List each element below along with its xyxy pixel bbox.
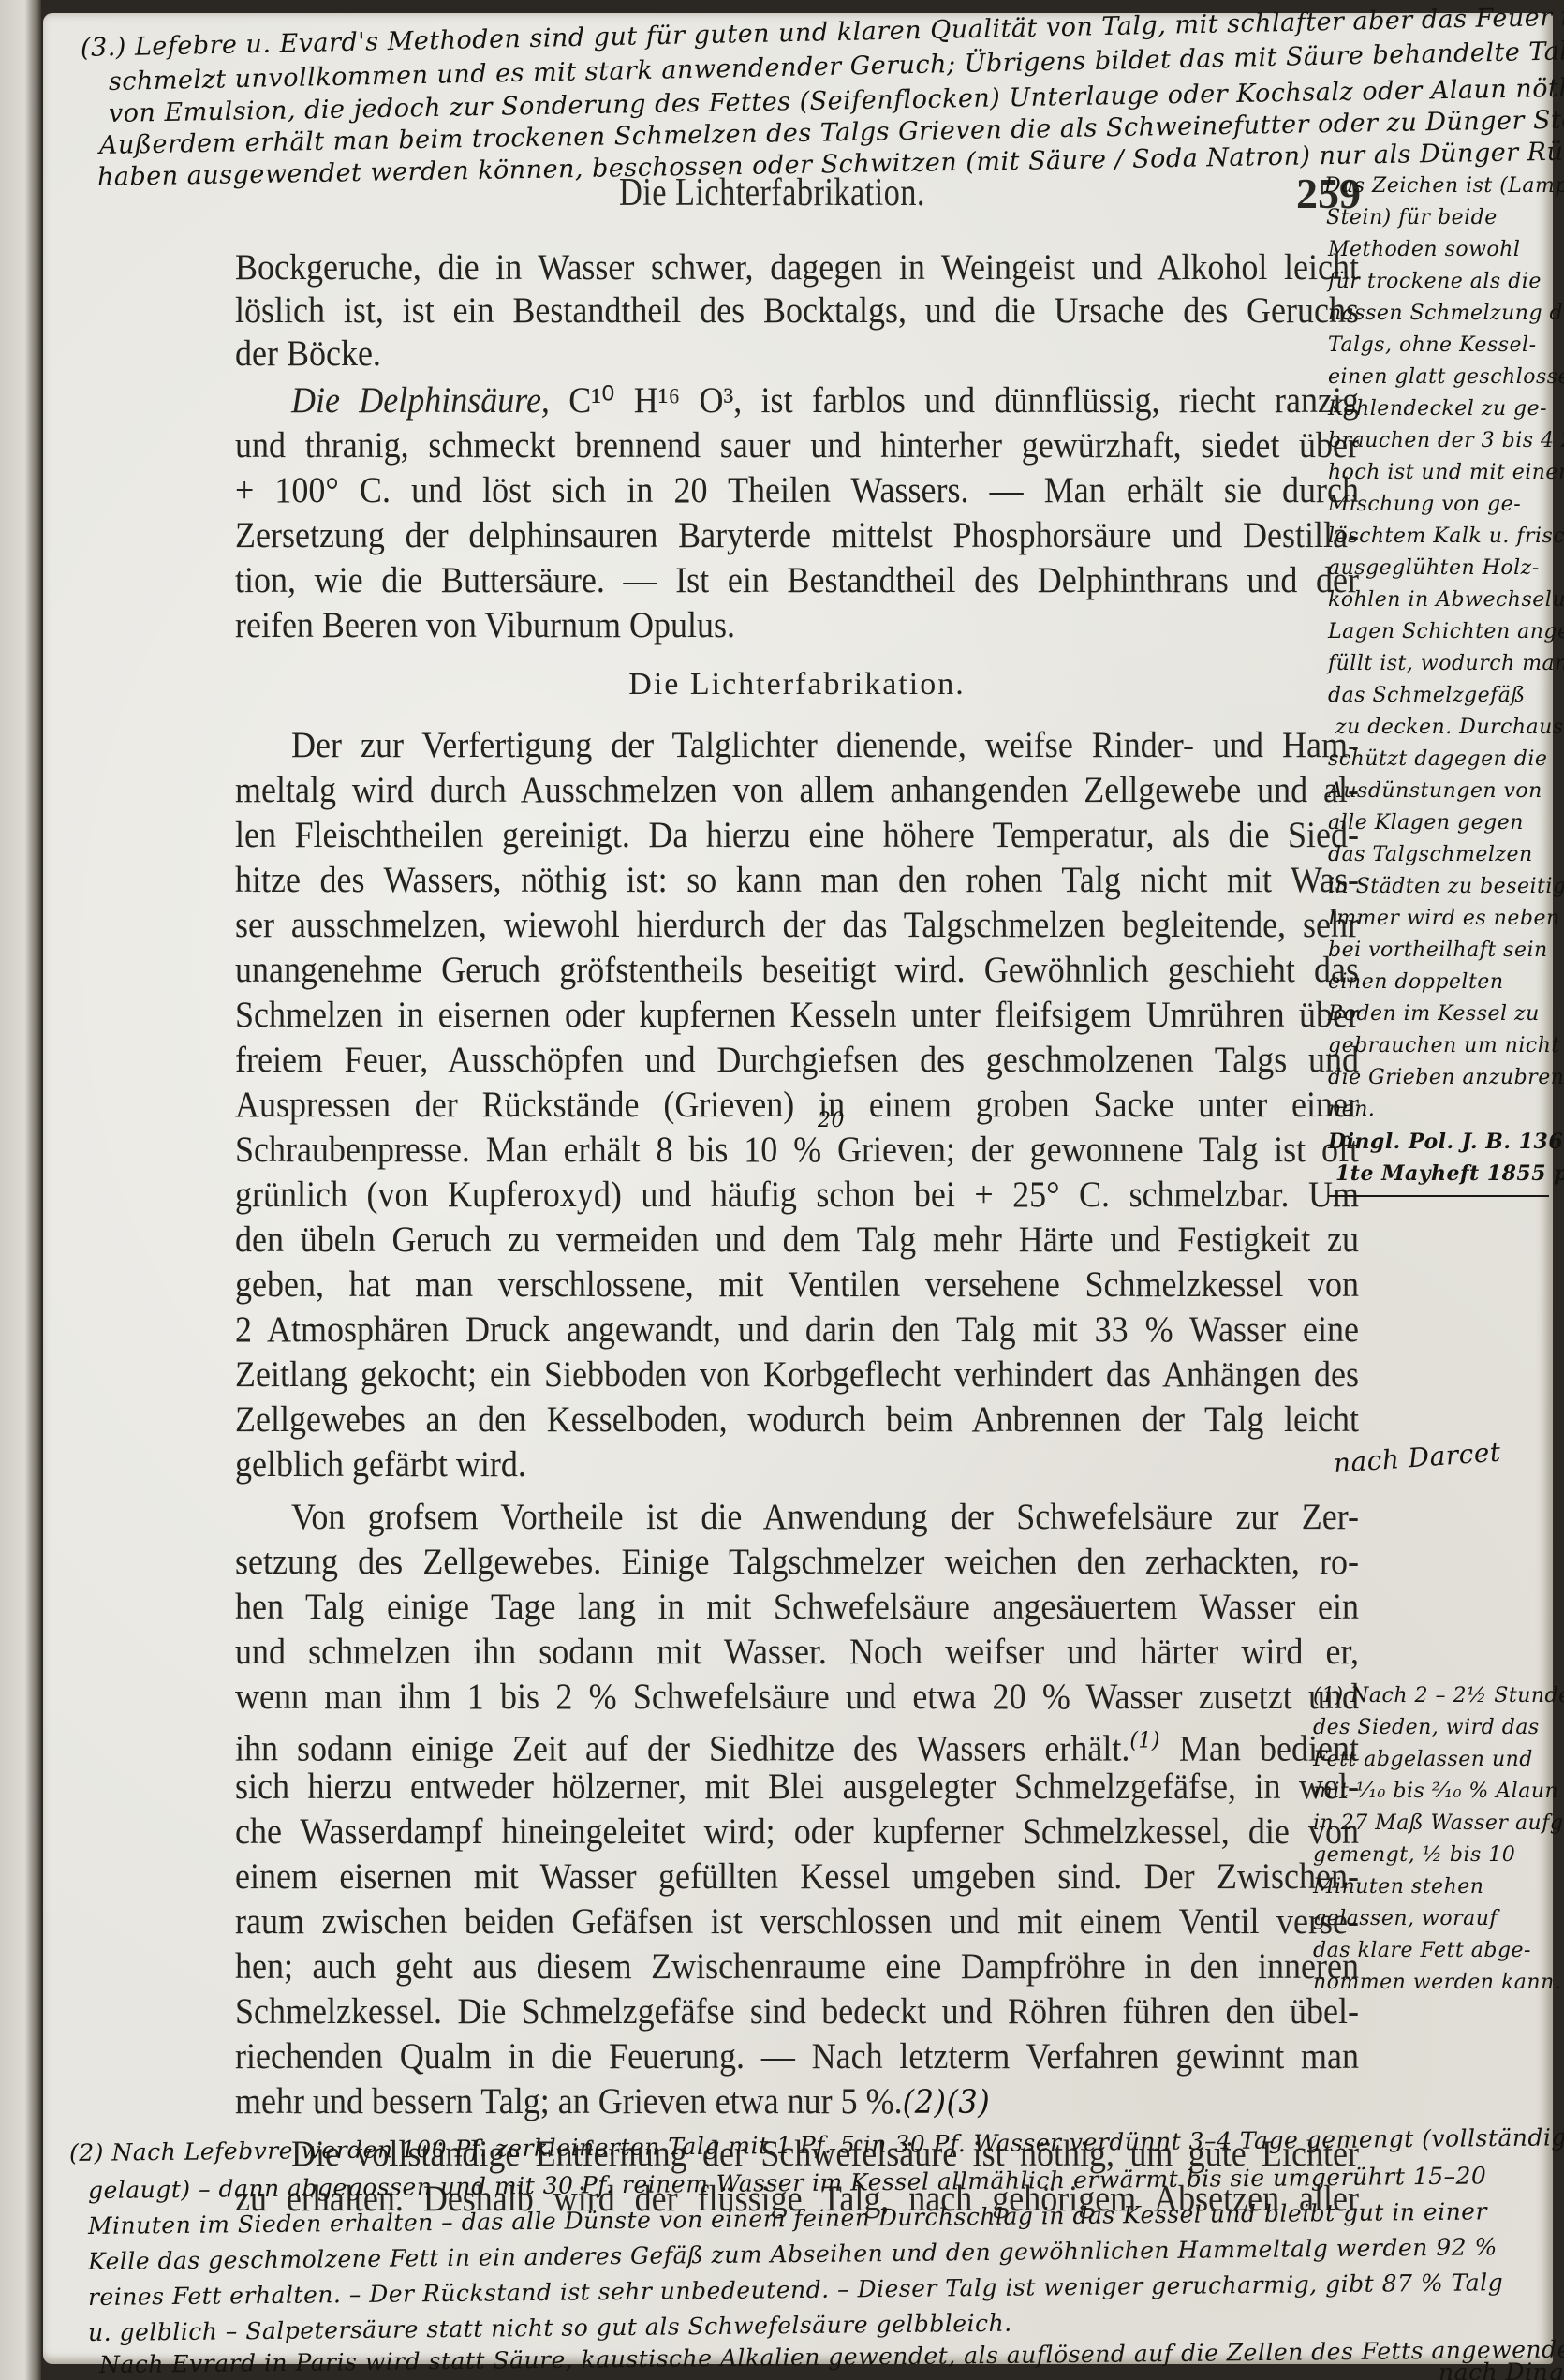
margin-line: nassen Schmelzung des: [1328, 302, 1564, 325]
text-line: Schraubenpresse. Man erhält 8 bis 10 % G…: [235, 1126, 1359, 1173]
margin-rule: [1328, 1195, 1549, 1197]
margin-line: Stein) für beide: [1326, 206, 1498, 229]
text-line: sich hierzu entweder hölzerner, mit Blei…: [235, 1763, 1359, 1810]
margin-line: in 27 Maß Wasser aufgelöst: [1313, 1811, 1564, 1835]
text-line: hen Talg einige Tage lang in mit Schwefe…: [235, 1583, 1359, 1630]
margin-line: Kohlendeckel zu ge-: [1328, 397, 1547, 421]
margin-citation: Dingl. Pol. J. B. 136.: [1328, 1130, 1564, 1154]
margin-line: die Grieben anzubren-: [1328, 1066, 1564, 1089]
margin-line: bei vortheilhaft sein: [1328, 939, 1548, 962]
margin-line: brauchen der 3 bis 4 Zoll: [1328, 429, 1564, 452]
text-line: meltalg wird durch Ausschmelzen von alle…: [235, 766, 1359, 813]
text-line: den übeln Geruch zu vermeiden und dem Ta…: [235, 1216, 1359, 1263]
text-line: und thranig, schmeckt brennend sauer und…: [235, 421, 1359, 468]
margin-line: das klare Fett abge-: [1313, 1939, 1531, 1962]
margin-line: Ausdünstungen von: [1328, 779, 1542, 803]
text-line: Zersetzung der delphinsauren Baryterde m…: [235, 511, 1359, 558]
margin-line: nommen werden kann.: [1313, 1971, 1561, 1994]
margin-line: in Städten zu beseitigen.: [1328, 875, 1564, 898]
text-line: Von grofsem Vortheile ist die Anwendung …: [235, 1493, 1359, 1540]
margin-line: Methoden sowohl: [1328, 238, 1520, 261]
running-head: Die Lichterfabrikation.: [619, 170, 925, 215]
text-line: löslich ist, ist ein Bestandtheil des Bo…: [235, 287, 1359, 333]
text-line: hitze des Wassers, nöthig ist: so kann m…: [235, 856, 1359, 903]
margin-line: füllt ist, wodurch man: [1328, 652, 1564, 675]
text-line: Bockgeruche, die in Wasser schwer, dageg…: [235, 244, 1359, 290]
text-line: che Wasserdampf hineingeleitet wird; ode…: [235, 1808, 1359, 1855]
margin-line: Immer wird es neben: [1328, 907, 1560, 930]
margin-line: Das Zeichen ist (Lampen-: [1324, 174, 1564, 198]
margin-line: Lagen Schichten ange-: [1328, 620, 1564, 643]
text-line: + 100° C. und löst sich in 20 Theilen Wa…: [235, 466, 1359, 513]
formula-text: C¹⁰ H¹⁶ O³, ist farblos und dünnflüssig,…: [568, 379, 1359, 420]
text-line: wenn man ihm 1 bis 2 % Schwefelsäure und…: [235, 1673, 1359, 1720]
text-line: gelblich gefärbt wird.: [235, 1441, 1359, 1487]
text-segment: mehr und bessern Talg; an Grieven etwa n…: [235, 2080, 903, 2121]
margin-line: einen glatt geschlossen: [1328, 365, 1564, 389]
text-line: geben, hat man verschlossene, mit Ventil…: [235, 1261, 1359, 1308]
margin-line: Talgs, ohne Kessel-: [1328, 333, 1537, 357]
margin-citation: 1te Mayheft 1855 p. 225: [1335, 1161, 1564, 1186]
margin-line: (1) Nach 2 – 2½ Stunden: [1313, 1684, 1564, 1707]
footnote-signature: nach Dingler: [1439, 2358, 1564, 2380]
footnote-refs-2-3: (2)(3): [903, 2083, 991, 2121]
footnote-line: u. gelblich – Salpetersäure statt nicht …: [88, 2310, 1012, 2346]
text-line: Zellgewebes an den Kesselboden, wodurch …: [235, 1396, 1359, 1442]
margin-line: kohlen in Abwechselungs-: [1328, 588, 1564, 612]
section-heading: Die Lichterfabrikation.: [235, 667, 1359, 702]
margin-line: das Schmelzgefäß: [1328, 684, 1526, 707]
text-line: reifen Beeren von Viburnum Opulus.: [235, 601, 1359, 648]
footnote-line: reines Fett erhalten. – Der Rückstand is…: [88, 2269, 1504, 2311]
text-line: unangenehme Geruch gröfstentheils beseit…: [235, 946, 1359, 993]
margin-line: des Sieden, wird das: [1313, 1716, 1540, 1739]
term-delphinsaeure: Die Delphinsäure,: [291, 379, 550, 420]
margin-line: einen doppelten: [1328, 970, 1504, 994]
margin-line: löschtem Kalk u. frisch: [1328, 525, 1564, 548]
text-line-with-footnote-ref: ihn sodann einige Zeit auf der Siedhitze…: [235, 1718, 1359, 1765]
text-line: len Fleischtheilen gereinigt. Da hierzu …: [235, 811, 1359, 858]
text-line: Schmelzkessel. Die Schmelzgefäfse sind b…: [235, 1988, 1359, 2034]
margin-line: alle Klagen gegen: [1328, 811, 1524, 835]
text-line: 2 Atmosphären Druck angewandt, und darin…: [235, 1306, 1359, 1353]
handwritten-correction-20: 20: [818, 1109, 845, 1132]
margin-line: ausgeglühten Holz-: [1328, 556, 1540, 580]
text-line: Schmelzen in eisernen oder kupfernen Kes…: [235, 991, 1359, 1038]
margin-line: für trockene als die: [1328, 270, 1542, 293]
text-line: Auspressen der Rückstände (Grieven) in e…: [235, 1081, 1359, 1128]
text-line: Der zur Verfertigung der Talglichter die…: [235, 721, 1359, 768]
text-line: riechenden Qualm in die Feuerung. — Nach…: [235, 2033, 1359, 2079]
margin-line: Boden im Kessel zu: [1328, 1002, 1540, 1026]
text-line: und schmelzen ihn sodann mit Wasser. Noc…: [235, 1628, 1359, 1675]
margin-line: schützt dagegen die: [1328, 747, 1547, 771]
footnote-ref-1: (1): [1129, 1728, 1160, 1753]
text-line-delphinsaeure: Die Delphinsäure, C¹⁰ H¹⁶ O³, ist farblo…: [235, 377, 1359, 423]
text-line: ser ausschmelzen, wiewohl hierdurch der …: [235, 901, 1359, 948]
text-line: tion, wie die Buttersäure. — Ist ein Bes…: [235, 556, 1359, 603]
text-line: der Böcke.: [235, 330, 1359, 377]
margin-line: Fett abgelassen und: [1313, 1748, 1533, 1771]
text-line: Zeitlang gekocht; ein Siebboden von Korb…: [235, 1351, 1359, 1397]
margin-line: gelassen, worauf: [1313, 1907, 1498, 1930]
book-spine-edge: [0, 0, 41, 2380]
margin-line: Mischung von ge-: [1328, 493, 1521, 516]
margin-line: gebrauchen um nicht: [1328, 1034, 1560, 1057]
book-page: (3.) Lefebre u. Evard's Methoden sind gu…: [43, 13, 1553, 2364]
margin-line: das Talgschmelzen: [1328, 843, 1533, 866]
margin-line: mit ¹⁄₁₀ bis ²⁄₁₀ % Alaun: [1313, 1780, 1558, 1803]
text-line: hen; auch geht aus diesem Zwischenraume …: [235, 1943, 1359, 1989]
text-line: freiem Feuer, Ausschöpfen und Durchgiefs…: [235, 1036, 1359, 1083]
text-line: setzung des Zellgewebes. Einige Talgschm…: [235, 1538, 1359, 1585]
text-line: raum zwischen beiden Gefäfsen ist versch…: [235, 1898, 1359, 1944]
margin-line: Minuten stehen: [1313, 1875, 1483, 1899]
margin-line: nen.: [1328, 1098, 1375, 1121]
margin-line: zu decken. Durchaus: [1335, 716, 1564, 739]
text-line-with-footnote-refs: mehr und bessern Talg; an Grieven etwa n…: [235, 2077, 1359, 2124]
text-line: einem eisernen mit Wasser gefüllten Kess…: [235, 1853, 1359, 1900]
footnote-line: Kelle das geschmolzene Fett in ein ander…: [88, 2233, 1498, 2275]
margin-line: hoch ist und mit einer: [1328, 461, 1564, 484]
margin-line: gemengt, ½ bis 10: [1313, 1843, 1515, 1867]
text-line: grünlich (von Kupferoxyd) und häufig sch…: [235, 1171, 1359, 1218]
